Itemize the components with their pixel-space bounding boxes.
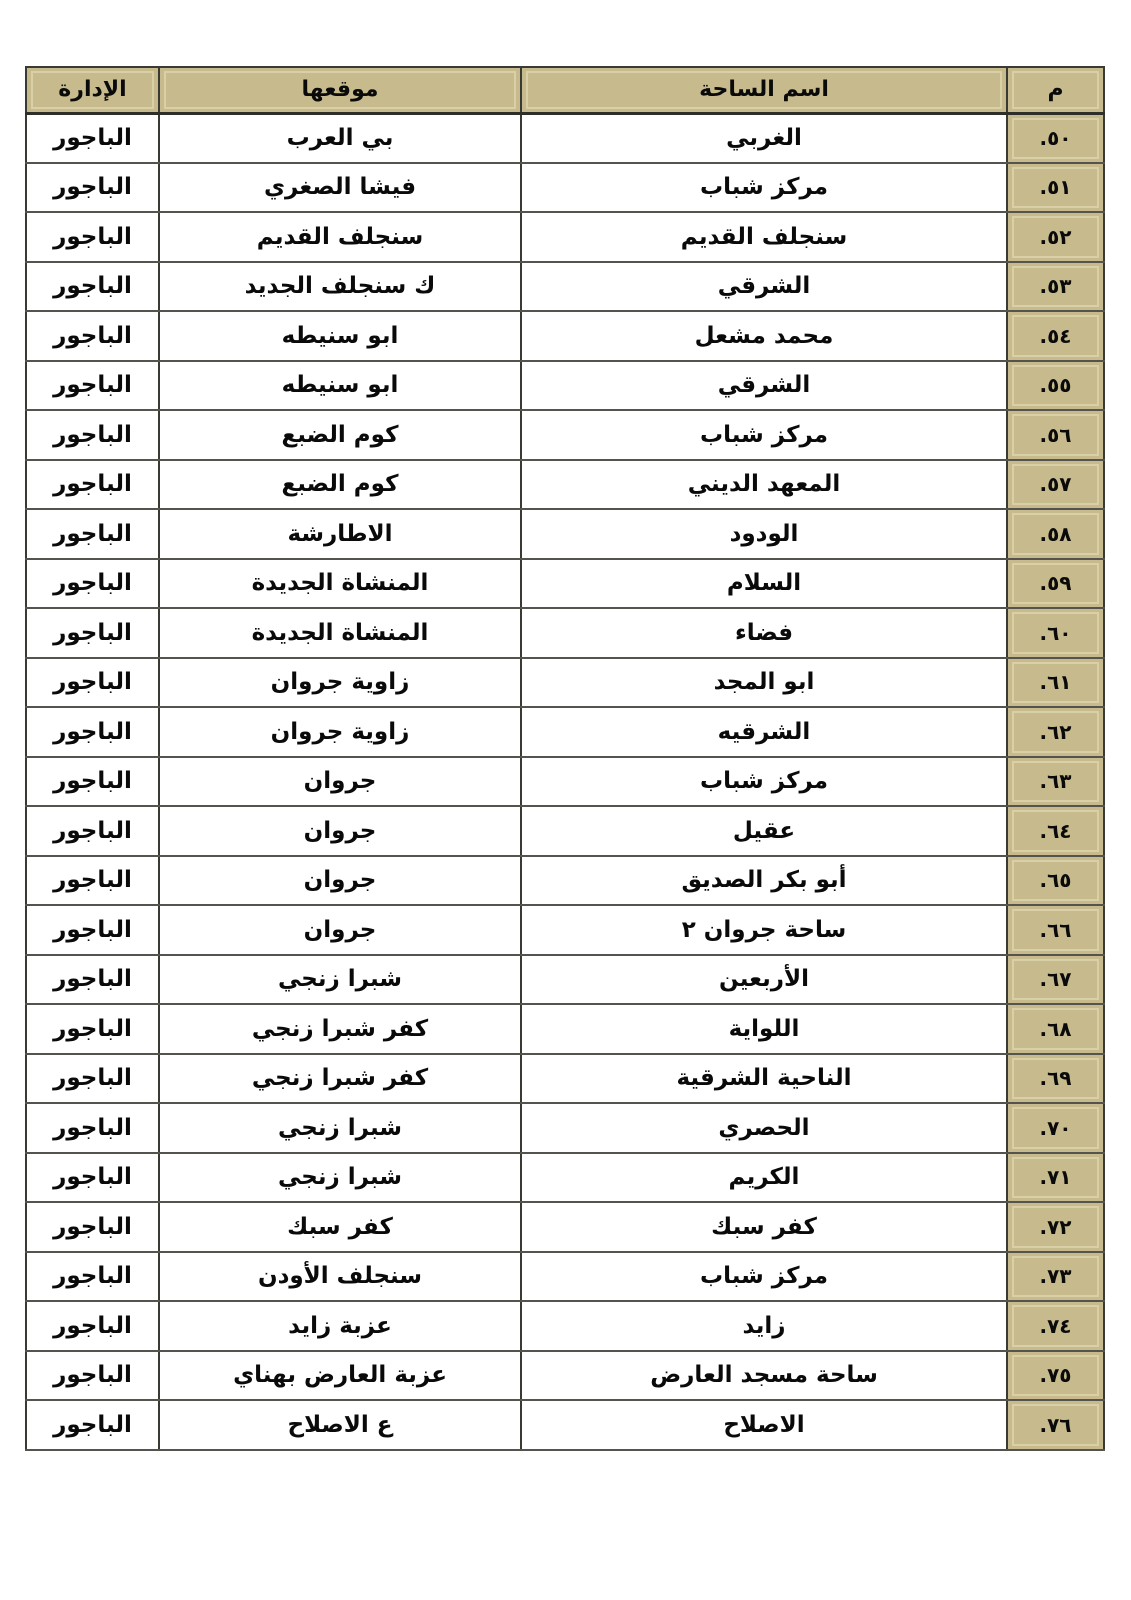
- location-cell: شبرا زنجي: [159, 955, 521, 1005]
- location-cell: جروان: [159, 856, 521, 906]
- row-number-cell: ٦٦.: [1007, 905, 1104, 955]
- location-cell: كوم الضبع: [159, 410, 521, 460]
- document-page: م اسم الساحة موقعها الإدارة ٥٠.الغربيبي …: [0, 0, 1131, 1600]
- table-row: ٥٦.مركز شبابكوم الضبعالباجور: [26, 410, 1104, 460]
- square-name-cell: كفر سبك: [521, 1202, 1007, 1252]
- location-cell: عزبة زايد: [159, 1301, 521, 1351]
- square-name-cell: مركز شباب: [521, 1252, 1007, 1302]
- row-number: ٦٦.: [1012, 909, 1099, 951]
- table-body: ٥٠.الغربيبي العربالباجور٥١.مركز شبابفيشا…: [26, 113, 1104, 1450]
- square-name-cell: زايد: [521, 1301, 1007, 1351]
- header-location: موقعها: [159, 67, 521, 113]
- row-number: ٧٦.: [1012, 1404, 1099, 1446]
- table-row: ٥٣.الشرقيك سنجلف الجديدالباجور: [26, 262, 1104, 312]
- table-row: ٧٠.الحصريشبرا زنجيالباجور: [26, 1103, 1104, 1153]
- row-number: ٦٩.: [1012, 1058, 1099, 1100]
- row-number: ٦١.: [1012, 662, 1099, 704]
- square-name-cell: ابو المجد: [521, 658, 1007, 708]
- square-name-cell: الأربعين: [521, 955, 1007, 1005]
- admin-cell: الباجور: [26, 955, 159, 1005]
- location-cell: المنشاة الجديدة: [159, 559, 521, 609]
- location-cell: ابو سنيطه: [159, 361, 521, 411]
- row-number-cell: ٥٣.: [1007, 262, 1104, 312]
- location-cell: كفر شبرا زنجي: [159, 1054, 521, 1104]
- table-row: ٧٢.كفر سبككفر سبكالباجور: [26, 1202, 1104, 1252]
- header-row: م اسم الساحة موقعها الإدارة: [26, 67, 1104, 113]
- squares-table: م اسم الساحة موقعها الإدارة ٥٠.الغربيبي …: [25, 66, 1105, 1451]
- row-number: ٥٤.: [1012, 315, 1099, 357]
- table-row: ٦٤.عقيلجروانالباجور: [26, 806, 1104, 856]
- square-name-cell: الناحية الشرقية: [521, 1054, 1007, 1104]
- admin-cell: الباجور: [26, 1103, 159, 1153]
- table-header: م اسم الساحة موقعها الإدارة: [26, 67, 1104, 113]
- admin-cell: الباجور: [26, 1202, 159, 1252]
- admin-cell: الباجور: [26, 361, 159, 411]
- row-number-cell: ٥٥.: [1007, 361, 1104, 411]
- square-name-cell: فضاء: [521, 608, 1007, 658]
- admin-cell: الباجور: [26, 1351, 159, 1401]
- row-number-cell: ٦٧.: [1007, 955, 1104, 1005]
- table-row: ٧٥.ساحة مسجد العارضعزبة العارض بهنايالبا…: [26, 1351, 1104, 1401]
- square-name-cell: الكريم: [521, 1153, 1007, 1203]
- location-cell: المنشاة الجديدة: [159, 608, 521, 658]
- location-cell: كوم الضبع: [159, 460, 521, 510]
- admin-cell: الباجور: [26, 757, 159, 807]
- row-number: ٦٨.: [1012, 1008, 1099, 1050]
- admin-cell: الباجور: [26, 608, 159, 658]
- square-name-cell: اللواية: [521, 1004, 1007, 1054]
- table-row: ٥٩.السلامالمنشاة الجديدةالباجور: [26, 559, 1104, 609]
- header-admin: الإدارة: [26, 67, 159, 113]
- admin-cell: الباجور: [26, 212, 159, 262]
- row-number: ٧٣.: [1012, 1256, 1099, 1298]
- row-number-cell: ٦٠.: [1007, 608, 1104, 658]
- header-number-label: م: [1012, 71, 1099, 109]
- admin-cell: الباجور: [26, 113, 159, 163]
- row-number-cell: ٧١.: [1007, 1153, 1104, 1203]
- location-cell: كفر سبك: [159, 1202, 521, 1252]
- row-number-cell: ٥٢.: [1007, 212, 1104, 262]
- row-number: ٥١.: [1012, 167, 1099, 209]
- row-number-cell: ٥١.: [1007, 163, 1104, 213]
- row-number: ٦٤.: [1012, 810, 1099, 852]
- row-number-cell: ٧٠.: [1007, 1103, 1104, 1153]
- table-row: ٧١.الكريمشبرا زنجيالباجور: [26, 1153, 1104, 1203]
- row-number: ٦٥.: [1012, 860, 1099, 902]
- location-cell: شبرا زنجي: [159, 1153, 521, 1203]
- table-row: ٥١.مركز شبابفيشا الصغريالباجور: [26, 163, 1104, 213]
- location-cell: ع الاصلاح: [159, 1400, 521, 1450]
- table-row: ٦١.ابو المجدزاوية جروانالباجور: [26, 658, 1104, 708]
- square-name-cell: الودود: [521, 509, 1007, 559]
- location-cell: بي العرب: [159, 113, 521, 163]
- row-number-cell: ٦٨.: [1007, 1004, 1104, 1054]
- row-number: ٥٦.: [1012, 414, 1099, 456]
- row-number-cell: ٧٤.: [1007, 1301, 1104, 1351]
- square-name-cell: مركز شباب: [521, 163, 1007, 213]
- location-cell: جروان: [159, 806, 521, 856]
- admin-cell: الباجور: [26, 410, 159, 460]
- row-number-cell: ٧٦.: [1007, 1400, 1104, 1450]
- table-row: ٥٥.الشرقيابو سنيطهالباجور: [26, 361, 1104, 411]
- row-number-cell: ٥٧.: [1007, 460, 1104, 510]
- row-number: ٥٢.: [1012, 216, 1099, 258]
- square-name-cell: الشرقي: [521, 361, 1007, 411]
- row-number: ٦٧.: [1012, 959, 1099, 1001]
- location-cell: كفر شبرا زنجي: [159, 1004, 521, 1054]
- row-number-cell: ٧٢.: [1007, 1202, 1104, 1252]
- square-name-cell: أبو بكر الصديق: [521, 856, 1007, 906]
- square-name-cell: الشرقي: [521, 262, 1007, 312]
- square-name-cell: الاصلاح: [521, 1400, 1007, 1450]
- row-number: ٧٥.: [1012, 1355, 1099, 1397]
- square-name-cell: الشرقيه: [521, 707, 1007, 757]
- table-row: ٦٣.مركز شبابجروانالباجور: [26, 757, 1104, 807]
- row-number: ٦٠.: [1012, 612, 1099, 654]
- row-number-cell: ٧٥.: [1007, 1351, 1104, 1401]
- row-number: ٦٢.: [1012, 711, 1099, 753]
- admin-cell: الباجور: [26, 262, 159, 312]
- admin-cell: الباجور: [26, 559, 159, 609]
- location-cell: عزبة العارض بهناي: [159, 1351, 521, 1401]
- admin-cell: الباجور: [26, 658, 159, 708]
- admin-cell: الباجور: [26, 806, 159, 856]
- square-name-cell: الغربي: [521, 113, 1007, 163]
- row-number-cell: ٦٤.: [1007, 806, 1104, 856]
- admin-cell: الباجور: [26, 311, 159, 361]
- location-cell: ك سنجلف الجديد: [159, 262, 521, 312]
- row-number-cell: ٦٢.: [1007, 707, 1104, 757]
- admin-cell: الباجور: [26, 1153, 159, 1203]
- row-number: ٧٠.: [1012, 1107, 1099, 1149]
- location-cell: الاطارشة: [159, 509, 521, 559]
- square-name-cell: الحصري: [521, 1103, 1007, 1153]
- location-cell: زاوية جروان: [159, 658, 521, 708]
- header-square-name: اسم الساحة: [521, 67, 1007, 113]
- table-row: ٥٤.محمد مشعلابو سنيطهالباجور: [26, 311, 1104, 361]
- admin-cell: الباجور: [26, 905, 159, 955]
- square-name-cell: السلام: [521, 559, 1007, 609]
- row-number: ٥٨.: [1012, 513, 1099, 555]
- admin-cell: الباجور: [26, 163, 159, 213]
- table-row: ٥٨.الودودالاطارشةالباجور: [26, 509, 1104, 559]
- table-row: ٦٩.الناحية الشرقيةكفر شبرا زنجيالباجور: [26, 1054, 1104, 1104]
- row-number-cell: ٦٩.: [1007, 1054, 1104, 1104]
- admin-cell: الباجور: [26, 1004, 159, 1054]
- admin-cell: الباجور: [26, 1054, 159, 1104]
- square-name-cell: سنجلف القديم: [521, 212, 1007, 262]
- location-cell: زاوية جروان: [159, 707, 521, 757]
- location-cell: جروان: [159, 757, 521, 807]
- row-number-cell: ٧٣.: [1007, 1252, 1104, 1302]
- square-name-cell: مركز شباب: [521, 757, 1007, 807]
- row-number-cell: ٦١.: [1007, 658, 1104, 708]
- admin-cell: الباجور: [26, 509, 159, 559]
- square-name-cell: ساحة مسجد العارض: [521, 1351, 1007, 1401]
- location-cell: فيشا الصغري: [159, 163, 521, 213]
- table-row: ٦٥.أبو بكر الصديقجروانالباجور: [26, 856, 1104, 906]
- header-location-label: موقعها: [164, 71, 516, 109]
- admin-cell: الباجور: [26, 856, 159, 906]
- table-row: ٧٣.مركز شبابسنجلف الأودنالباجور: [26, 1252, 1104, 1302]
- admin-cell: الباجور: [26, 707, 159, 757]
- header-square-name-label: اسم الساحة: [526, 71, 1002, 109]
- row-number: ٧٤.: [1012, 1305, 1099, 1347]
- location-cell: سنجلف الأودن: [159, 1252, 521, 1302]
- row-number-cell: ٥٠.: [1007, 113, 1104, 163]
- row-number-cell: ٥٩.: [1007, 559, 1104, 609]
- row-number: ٥٩.: [1012, 563, 1099, 605]
- row-number: ٥٠.: [1012, 118, 1099, 159]
- square-name-cell: المعهد الديني: [521, 460, 1007, 510]
- row-number: ٧١.: [1012, 1157, 1099, 1199]
- admin-cell: الباجور: [26, 1301, 159, 1351]
- table-row: ٥٢.سنجلف القديمسنجلف القديمالباجور: [26, 212, 1104, 262]
- location-cell: سنجلف القديم: [159, 212, 521, 262]
- row-number-cell: ٥٤.: [1007, 311, 1104, 361]
- row-number: ٥٥.: [1012, 365, 1099, 407]
- table-row: ٦٨.اللوايةكفر شبرا زنجيالباجور: [26, 1004, 1104, 1054]
- table-row: ٦٦.ساحة جروان ٢جروانالباجور: [26, 905, 1104, 955]
- table-row: ٦٠.فضاءالمنشاة الجديدةالباجور: [26, 608, 1104, 658]
- location-cell: ابو سنيطه: [159, 311, 521, 361]
- table-row: ٧٦.الاصلاحع الاصلاحالباجور: [26, 1400, 1104, 1450]
- header-number: م: [1007, 67, 1104, 113]
- table-row: ٧٤.زايدعزبة زايدالباجور: [26, 1301, 1104, 1351]
- row-number: ٦٣.: [1012, 761, 1099, 803]
- admin-cell: الباجور: [26, 460, 159, 510]
- admin-cell: الباجور: [26, 1252, 159, 1302]
- row-number-cell: ٦٥.: [1007, 856, 1104, 906]
- table-row: ٦٧.الأربعينشبرا زنجيالباجور: [26, 955, 1104, 1005]
- square-name-cell: مركز شباب: [521, 410, 1007, 460]
- header-admin-label: الإدارة: [31, 71, 154, 109]
- row-number-cell: ٦٣.: [1007, 757, 1104, 807]
- square-name-cell: عقيل: [521, 806, 1007, 856]
- square-name-cell: محمد مشعل: [521, 311, 1007, 361]
- row-number: ٥٣.: [1012, 266, 1099, 308]
- location-cell: شبرا زنجي: [159, 1103, 521, 1153]
- table-row: ٥٧.المعهد الدينيكوم الضبعالباجور: [26, 460, 1104, 510]
- table-row: ٥٠.الغربيبي العربالباجور: [26, 113, 1104, 163]
- table-row: ٦٢.الشرقيهزاوية جروانالباجور: [26, 707, 1104, 757]
- row-number-cell: ٥٦.: [1007, 410, 1104, 460]
- square-name-cell: ساحة جروان ٢: [521, 905, 1007, 955]
- row-number: ٧٢.: [1012, 1206, 1099, 1248]
- admin-cell: الباجور: [26, 1400, 159, 1450]
- location-cell: جروان: [159, 905, 521, 955]
- row-number-cell: ٥٨.: [1007, 509, 1104, 559]
- row-number: ٥٧.: [1012, 464, 1099, 506]
